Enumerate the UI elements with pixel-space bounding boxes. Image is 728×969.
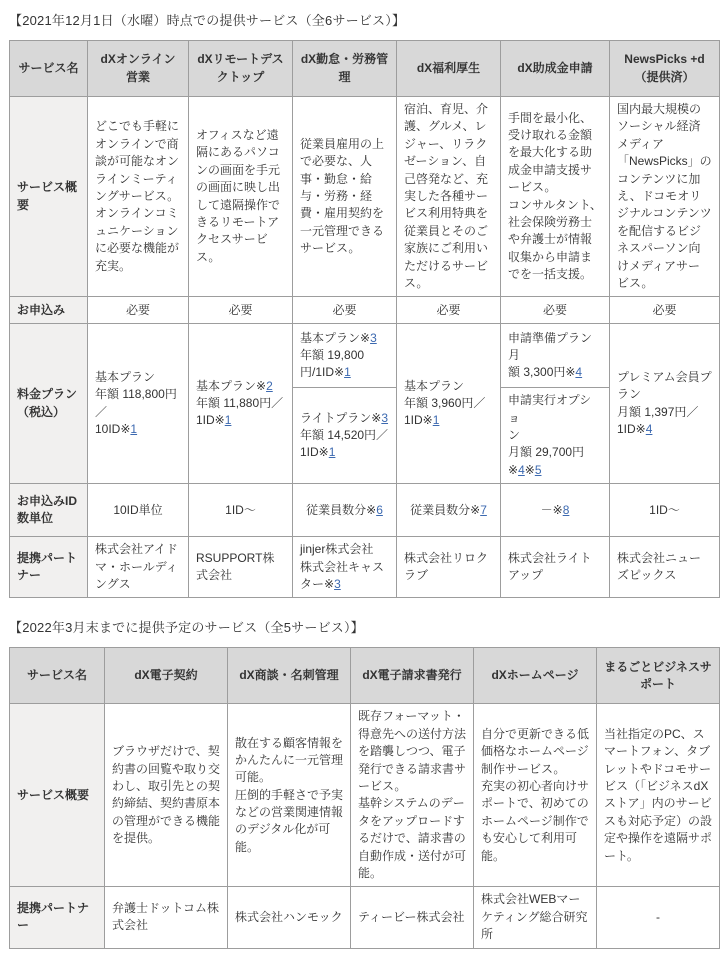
t1-partner-dx-remote-desktop: RSUPPORT株式会社 — [189, 537, 293, 598]
t2-partner-dx-e-contract: 弁護士ドットコム株式会社 — [105, 887, 228, 948]
t1-id-unit-dx-welfare: 従業員数分※7 — [397, 484, 501, 537]
t1-row-label-partner: 提携パートナー — [10, 537, 88, 598]
t1-partner-dx-welfare: 株式会社リロクラブ — [397, 537, 501, 598]
t1-price-dx-attendance-basic-plan: 基本プラン※3 年額 19,800 円/1ID※1 — [293, 324, 397, 388]
t1-apply-dx-attendance-labor: 必要 — [293, 297, 397, 324]
footnote-link-4[interactable]: 4 — [518, 463, 525, 477]
t1-price-dx-online-sales: 基本プラン 年額 118,800円／ 10ID※1 — [88, 324, 189, 484]
t1-price-dx-subsidy-exec-option: 申請実行オプショ ン 月額 29,700円 ※4※5 — [501, 388, 610, 484]
current-services-table: サービス名 dXオンライン営業 dXリモートデスクトップ dX勤怠・労務管理 d… — [9, 40, 720, 598]
t2-partner-marugoto-business-support: - — [597, 887, 720, 948]
t2-col-header-dx-sales-card-management: dX商談・名刺管理 — [228, 648, 351, 704]
footnote-link-6[interactable]: 6 — [376, 503, 383, 517]
t2-partner-dx-homepage: 株式会社WEBマーケティング総合研究所 — [474, 887, 597, 948]
t2-partner-dx-e-invoice: ティービー株式会社 — [351, 887, 474, 948]
t2-header-row: サービス名 dX電子契約 dX商談・名刺管理 dX電子請求書発行 dXホームペー… — [10, 648, 720, 704]
t1-partner-newspicks: 株式会社ニューズピックス — [610, 537, 720, 598]
t1-price-dx-attendance-light-plan: ライトプラン※3 年額 14,520円／ 1ID※1 — [293, 388, 397, 484]
t1-col-header-dx-subsidy: dX助成金申請 — [501, 41, 610, 97]
footnote-link-5[interactable]: 5 — [535, 463, 542, 477]
t1-apply-row: お申込み 必要 必要 必要 必要 必要 必要 — [10, 297, 720, 324]
t1-apply-newspicks: 必要 — [610, 297, 720, 324]
t2-col-header-dx-e-invoice: dX電子請求書発行 — [351, 648, 474, 704]
footnote-link-3[interactable]: 3 — [334, 577, 341, 591]
t2-col-header-dx-e-contract: dX電子契約 — [105, 648, 228, 704]
t1-col-header-dx-attendance-labor: dX勤怠・労務管理 — [293, 41, 397, 97]
t2-overview-dx-sales-card-management: 散在する顧客情報をかんたんに一元管理可能。 圧倒的手軽さで予実などの営業関連情報… — [228, 704, 351, 887]
t2-partner-dx-sales-card-management: 株式会社ハンモック — [228, 887, 351, 948]
t1-price-dx-welfare: 基本プラン 年額 3,960円／ 1ID※1 — [397, 324, 501, 484]
t1-col-header-dx-welfare: dX福利厚生 — [397, 41, 501, 97]
t1-partner-row: 提携パートナー 株式会社アイドマ・ホールディングス RSUPPORT株式会社 j… — [10, 537, 720, 598]
t1-col-header-service-name: サービス名 — [10, 41, 88, 97]
t1-id-unit-row: お申込みID数単位 10ID単位 1ID～ 従業員数分※6 従業員数分※7 －※… — [10, 484, 720, 537]
footnote-link-1[interactable]: 1 — [433, 413, 440, 427]
t1-overview-dx-subsidy: 手間を最小化、受け取れる金額を最大化する助成金申請支援サービス。 コンサルタント… — [501, 97, 610, 297]
planned-services-title: 【2022年3月末までに提供予定のサービス（全5サービス）】 — [9, 617, 720, 636]
t1-overview-dx-remote-desktop: オフィスなど遠隔にあるパソコンの画面を手元の画面に映し出して遠隔操作できるリモー… — [189, 97, 293, 297]
t1-row-label-id-unit: お申込みID数単位 — [10, 484, 88, 537]
t1-row-label-price: 料金プラン（税込） — [10, 324, 88, 484]
t2-partner-row: 提携パートナー 弁護士ドットコム株式会社 株式会社ハンモック ティービー株式会社… — [10, 887, 720, 948]
current-services-title: 【2021年12月1日（水曜）時点での提供サービス（全6サービス）】 — [9, 10, 720, 29]
t1-col-header-newspicks: NewsPicks +d （提供済） — [610, 41, 720, 97]
footnote-link-1[interactable]: 1 — [225, 413, 232, 427]
t2-col-header-marugoto-business-support: まるごとビジネスサポート — [597, 648, 720, 704]
t1-price-dx-remote-desktop: 基本プラン※2 年額 11,880円／ 1ID※1 — [189, 324, 293, 484]
t2-overview-row: サービス概要 ブラウザだけで、契約書の回覧や取り交わし、取引先との契約締結、契約… — [10, 704, 720, 887]
t1-col-header-dx-online-sales: dXオンライン営業 — [88, 41, 189, 97]
t1-header-row: サービス名 dXオンライン営業 dXリモートデスクトップ dX勤怠・労務管理 d… — [10, 41, 720, 97]
t1-row-label-apply: お申込み — [10, 297, 88, 324]
t1-id-unit-newspicks: 1ID～ — [610, 484, 720, 537]
t1-apply-dx-remote-desktop: 必要 — [189, 297, 293, 324]
t1-overview-dx-online-sales: どこでも手軽にオンラインで商談が可能なオンラインミーティングサービス。 オンライ… — [88, 97, 189, 297]
planned-services-table: サービス名 dX電子契約 dX商談・名刺管理 dX電子請求書発行 dXホームペー… — [9, 647, 720, 948]
t1-overview-dx-attendance-labor: 従業員雇用の上で必要な、人事・勤怠・給与・労務・経費・雇用契約を一元管理できるサ… — [293, 97, 397, 297]
footnote-link-4[interactable]: 4 — [646, 422, 653, 436]
footnote-link-8[interactable]: 8 — [563, 503, 570, 517]
footnote-link-1[interactable]: 1 — [344, 365, 351, 379]
t1-id-unit-dx-online-sales: 10ID単位 — [88, 484, 189, 537]
footnote-link-1[interactable]: 1 — [130, 422, 137, 436]
footnote-link-4[interactable]: 4 — [575, 365, 582, 379]
footnote-link-1[interactable]: 1 — [329, 445, 336, 459]
t1-apply-dx-online-sales: 必要 — [88, 297, 189, 324]
t1-apply-dx-welfare: 必要 — [397, 297, 501, 324]
t2-overview-marugoto-business-support: 当社指定のPC、スマートフォン、タブレットやドコモサービス（「ビジネスdXストア… — [597, 704, 720, 887]
t1-col-header-dx-remote-desktop: dXリモートデスクトップ — [189, 41, 293, 97]
t2-col-header-dx-homepage: dXホームページ — [474, 648, 597, 704]
t2-col-header-service-name: サービス名 — [10, 648, 105, 704]
t2-overview-dx-e-invoice: 既存フォーマット・得意先への送付方法を踏襲しつつ、電子発行できる請求書サービス。… — [351, 704, 474, 887]
t2-row-label-overview: サービス概要 — [10, 704, 105, 887]
t1-id-unit-dx-remote-desktop: 1ID～ — [189, 484, 293, 537]
t1-overview-dx-welfare: 宿泊、育児、介護、グルメ、レジャー、リラクゼーション、自己啓発など、充実した各種… — [397, 97, 501, 297]
footnote-link-3[interactable]: 3 — [381, 411, 388, 425]
t1-id-unit-dx-subsidy: －※8 — [501, 484, 610, 537]
t1-partner-dx-attendance-labor: jinjer株式会社 株式会社キャスター※3 — [293, 537, 397, 598]
t2-overview-dx-e-contract: ブラウザだけで、契約書の回覧や取り交わし、取引先との契約締結、契約書原本の管理が… — [105, 704, 228, 887]
t2-row-label-partner: 提携パートナー — [10, 887, 105, 948]
press-release-service-tables: 【2021年12月1日（水曜）時点での提供サービス（全6サービス）】 サービス名… — [0, 0, 728, 969]
t1-partner-dx-online-sales: 株式会社アイドマ・ホールディングス — [88, 537, 189, 598]
t1-partner-dx-subsidy: 株式会社ライトアップ — [501, 537, 610, 598]
t1-overview-newspicks: 国内最大規模のソーシャル経済メディア「NewsPicks」のコンテンツに加え、ド… — [610, 97, 720, 297]
t1-row-label-overview: サービス概要 — [10, 97, 88, 297]
footnote-link-3[interactable]: 3 — [370, 331, 377, 345]
t1-price-row-upper: 料金プラン（税込） 基本プラン 年額 118,800円／ 10ID※1 基本プラ… — [10, 324, 720, 388]
t1-price-newspicks: プレミアム会員プ ラン 月額 1,397円／ 1ID※4 — [610, 324, 720, 484]
t1-id-unit-dx-attendance-labor: 従業員数分※6 — [293, 484, 397, 537]
t1-overview-row: サービス概要 どこでも手軽にオンラインで商談が可能なオンラインミーティングサービ… — [10, 97, 720, 297]
t2-overview-dx-homepage: 自分で更新できる低価格なホームページ制作サービス。 充実の初心者向けサポートで、… — [474, 704, 597, 887]
footnote-link-7[interactable]: 7 — [480, 503, 487, 517]
footnote-link-2[interactable]: 2 — [266, 379, 273, 393]
t1-price-dx-subsidy-prep-plan: 申請準備プラン月 額 3,300円※4 — [501, 324, 610, 388]
t1-apply-dx-subsidy: 必要 — [501, 297, 610, 324]
